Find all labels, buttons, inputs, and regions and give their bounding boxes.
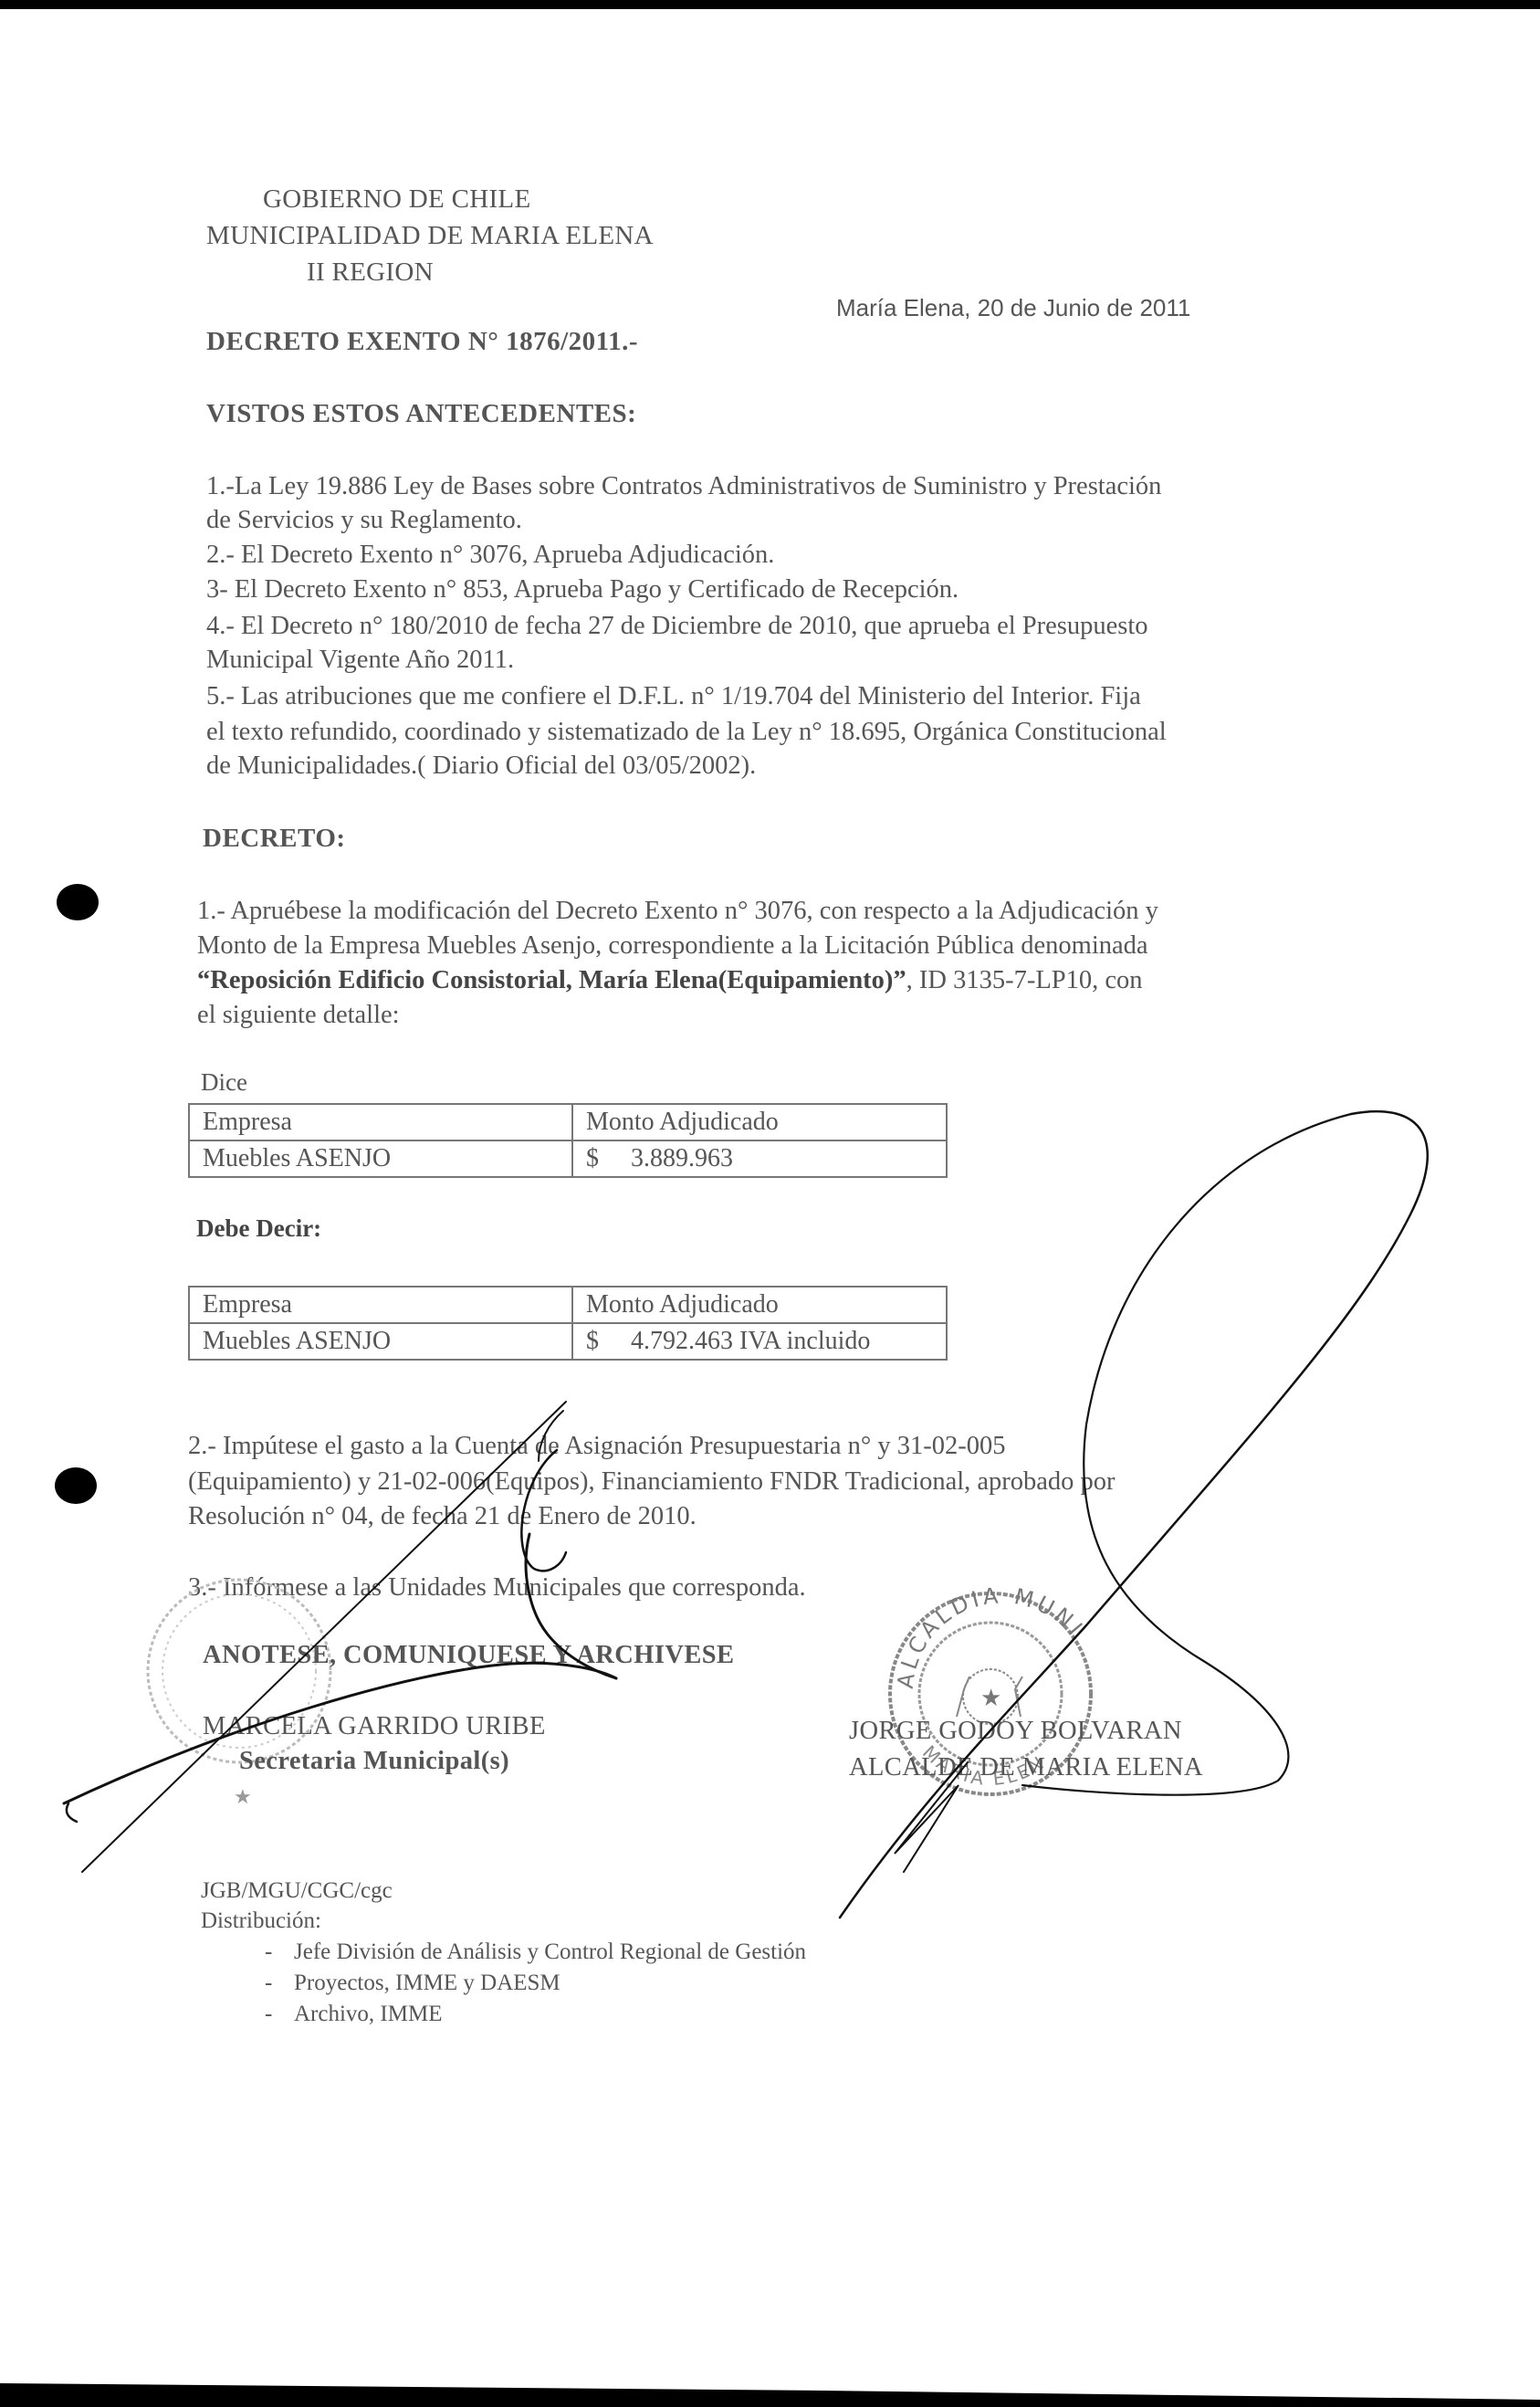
vistos-line: 3- El Decreto Exento n° 853, Aprueba Pag…	[206, 575, 959, 604]
distribution-item-text: Proyectos, IMME y DAESM	[294, 1971, 560, 1995]
bullet-dash: -	[265, 1939, 294, 1965]
decreto-item1-line: 1.- Apruébese la modificación del Decret…	[197, 897, 1158, 926]
vistos-line: Municipal Vigente Año 2011.	[206, 646, 514, 675]
decreto-item3: 3.- Infórmese a las Unidades Municipales…	[188, 1573, 806, 1603]
decree-title: DECRETO EXENTO N° 1876/2011.-	[206, 327, 638, 357]
list-item: -Archivo, IMME	[265, 2002, 442, 2027]
distribution-label: Distribución:	[201, 1908, 321, 1934]
closing-formula: ANOTESE, COMUNIQUESE Y ARCHIVESE	[203, 1641, 734, 1670]
government-name: GOBIERNO DE CHILE	[263, 184, 530, 215]
secretaria-name: MARCELA GARRIDO URIBE	[203, 1712, 546, 1741]
stamp-alcaldia: ALCALDIA MUNICIPAL MARIA ELENA ★	[0, 0, 1540, 2407]
bullet-dash: -	[265, 2002, 294, 2027]
table-header-cell: Monto Adjudicado	[572, 1287, 947, 1323]
decreto-item2-line: 2.- Impútese el gasto a la Cuenta de Asi…	[188, 1432, 1005, 1461]
table-row: Muebles ASENJO $ 4.792.463 IVA incluido	[189, 1323, 947, 1360]
table-header-row: Empresa Monto Adjudicado	[189, 1104, 947, 1140]
vistos-line: 4.- El Decreto n° 180/2010 de fecha 27 d…	[206, 612, 1148, 641]
table-header-cell: Empresa	[189, 1104, 572, 1140]
bullet-dash: -	[265, 1971, 294, 1996]
table-cell: $ 3.889.963	[572, 1140, 947, 1177]
decreto-heading: DECRETO:	[203, 824, 346, 854]
decreto-item2-line: (Equipamiento) y 21-02-006(Equipos), Fin…	[188, 1467, 1116, 1497]
decreto-item1-line: Monto de la Empresa Muebles Asenjo, corr…	[197, 931, 1148, 961]
vistos-line: de Servicios y su Reglamento.	[206, 506, 522, 535]
alcalde-name: JORGE GODOY BOLVARAN	[849, 1717, 1182, 1746]
table-cell: Muebles ASENJO	[189, 1323, 572, 1360]
vistos-line: 1.-La Ley 19.886 Ley de Bases sobre Cont…	[206, 472, 1161, 501]
tender-id: , ID 3135-7-LP10, con	[906, 966, 1143, 994]
svg-text:★: ★	[234, 1786, 252, 1809]
scan-edge-top	[0, 0, 1540, 9]
scan-edge-bottom	[0, 2363, 1540, 2407]
decreto-item2-line: Resolución n° 04, de fecha 21 de Enero d…	[188, 1502, 697, 1531]
coat-of-arms-icon: ★	[957, 1669, 1022, 1724]
table-row: Muebles ASENJO $ 3.889.963	[189, 1140, 947, 1177]
vistos-line: 5.- Las atribuciones que me confiere el …	[206, 682, 1141, 711]
tender-name: “Reposición Edificio Consistorial, María…	[197, 966, 906, 994]
alcalde-title: ALCALDE DE MARIA ELENA	[849, 1753, 1203, 1782]
dice-label: Dice	[201, 1068, 247, 1097]
secretaria-title: Secretaria Municipal(s)	[239, 1747, 509, 1776]
table-header-cell: Monto Adjudicado	[572, 1104, 947, 1140]
initials: JGB/MGU/CGC/cgc	[201, 1878, 393, 1904]
table-cell: Muebles ASENJO	[189, 1140, 572, 1177]
punch-hole-bottom	[55, 1467, 97, 1504]
dice-table: Empresa Monto Adjudicado Muebles ASENJO …	[188, 1103, 948, 1178]
table-header-cell: Empresa	[189, 1287, 572, 1323]
vistos-line: de Municipalidades.( Diario Oficial del …	[206, 752, 756, 781]
stamp-secretaria: ★	[0, 0, 1540, 2407]
table-cell: $ 4.792.463 IVA incluido	[572, 1323, 947, 1360]
place-date: María Elena, 20 de Junio de 2011	[836, 294, 1190, 322]
region-name: II REGION	[307, 258, 434, 288]
distribution-item-text: Archivo, IMME	[294, 2002, 442, 2026]
handwritten-signatures	[0, 0, 1540, 2407]
decreto-item1-line: “Reposición Edificio Consistorial, María…	[197, 966, 1143, 995]
distribution-item-text: Jefe División de Análisis y Control Regi…	[294, 1939, 806, 1964]
vistos-line: 2.- El Decreto Exento n° 3076, Aprueba A…	[206, 541, 774, 570]
svg-text:★: ★	[980, 1685, 1001, 1712]
list-item: -Proyectos, IMME y DAESM	[265, 1971, 560, 1996]
punch-hole-top	[57, 884, 99, 920]
municipality-name: MUNICIPALIDAD DE MARIA ELENA	[206, 221, 654, 251]
vistos-heading: VISTOS ESTOS ANTECEDENTES:	[206, 399, 636, 429]
debe-decir-table: Empresa Monto Adjudicado Muebles ASENJO …	[188, 1286, 948, 1361]
vistos-line: el texto refundido, coordinado y sistema…	[206, 718, 1167, 747]
debe-decir-label: Debe Decir:	[196, 1214, 321, 1243]
table-header-row: Empresa Monto Adjudicado	[189, 1287, 947, 1323]
list-item: -Jefe División de Análisis y Control Reg…	[265, 1939, 806, 1965]
decreto-item1-line: el siguiente detalle:	[197, 1001, 400, 1030]
